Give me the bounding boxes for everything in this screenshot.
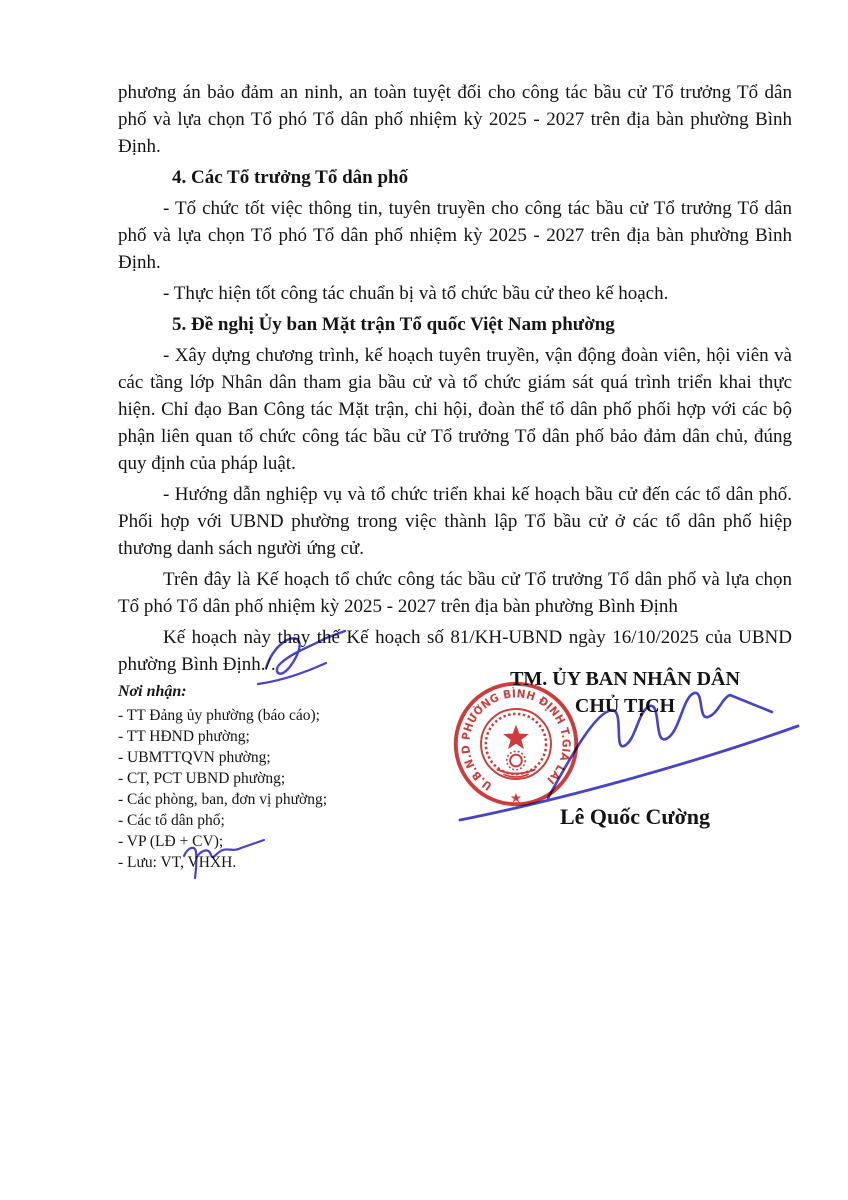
recipient-item: - Lưu: VT, VHXH. bbox=[118, 852, 448, 873]
paragraph: Trên đây là Kế hoạch tổ chức công tác bầ… bbox=[118, 566, 792, 620]
paragraph: - Tổ chức tốt việc thông tin, tuyên truy… bbox=[118, 195, 792, 276]
recipient-item: - Các phòng, ban, đơn vị phường; bbox=[118, 789, 448, 810]
recipient-item: - UBMTTQVN phường; bbox=[118, 747, 448, 768]
paragraph: - Thực hiện tốt công tác chuẩn bị và tổ … bbox=[118, 280, 792, 307]
recipients-label: Nơi nhận: bbox=[118, 682, 448, 702]
initial-paraph-icon bbox=[252, 628, 352, 690]
section-heading-4: 4. Các Tổ trưởng Tổ dân phố bbox=[118, 164, 792, 191]
document-body: phương án bảo đảm an ninh, an toàn tuyệt… bbox=[118, 79, 792, 682]
paragraph: - Hướng dẫn nghiệp vụ và tổ chức triển k… bbox=[118, 481, 792, 562]
paragraph: - Xây dựng chương trình, kế hoạch tuyên … bbox=[118, 342, 792, 477]
recipient-item: - VP (LĐ + CV); bbox=[118, 831, 448, 852]
recipient-item: - TT HĐND phường; bbox=[118, 726, 448, 747]
paragraph-continuation: phương án bảo đảm an ninh, an toàn tuyệt… bbox=[118, 79, 792, 160]
recipient-item: - CT, PCT UBND phường; bbox=[118, 768, 448, 789]
initial-paraph-icon bbox=[176, 838, 268, 882]
recipient-item: - Các tổ dân phố; bbox=[118, 810, 448, 831]
signer-name: Lê Quốc Cường bbox=[460, 803, 810, 831]
section-heading-5: 5. Đề nghị Ủy ban Mặt trận Tổ quốc Việt … bbox=[118, 311, 792, 338]
document-page: phương án bảo đảm an ninh, an toàn tuyệt… bbox=[0, 0, 848, 1200]
recipients-block: Nơi nhận: - TT Đảng ủy phường (báo cáo);… bbox=[118, 682, 448, 873]
recipient-item: - TT Đảng ủy phường (báo cáo); bbox=[118, 705, 448, 726]
